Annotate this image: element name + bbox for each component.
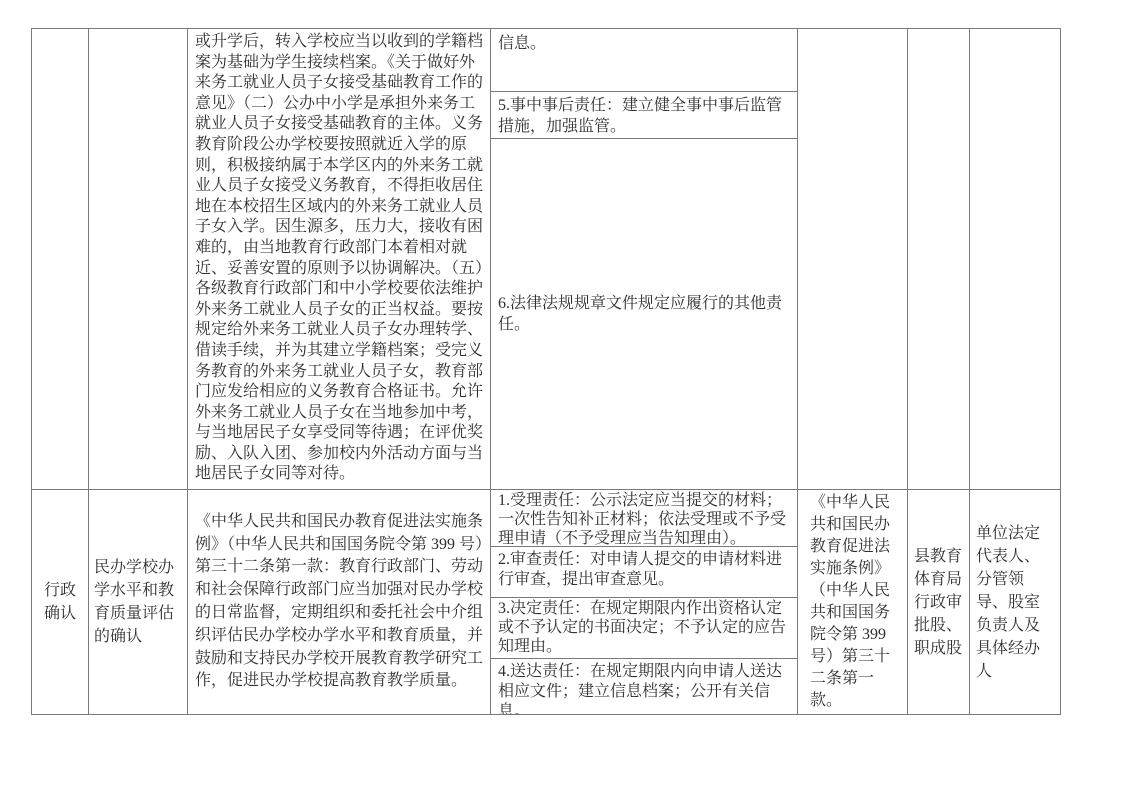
- cell-person-empty: [970, 29, 1060, 490]
- department-text: 县教育体育局行政审批股、职成股: [914, 545, 963, 660]
- cell-duty-3: 3.决定责任：在规定期限内作出资格认定或不予认定的书面决定；不予认定的应告知理由…: [491, 598, 798, 659]
- cell-duty-2: 2.审查责任：对申请人提交的申请材料进行审查，提出审查意见。: [491, 547, 798, 598]
- category-text: 行政确认: [43, 579, 77, 625]
- duty-text: 3.决定责任：在规定期限内作出资格认定或不予认定的书面决定；不予认定的应告知理由…: [498, 600, 790, 656]
- cell-item-empty: [89, 29, 188, 490]
- cell-category-empty: [32, 29, 89, 490]
- cell-duty-1: 1.受理责任：公示法定应当提交的材料；一次性告知补正材料；依法受理或不予受理申请…: [491, 490, 798, 547]
- duty-text: 2.审查责任：对申请人提交的申请材料进行审查，提出审查意见。: [498, 550, 790, 590]
- cell-duty-6: 6.法律法规规章文件规定应履行的其他责任。: [491, 139, 798, 490]
- cell-implementation-basis-continued: 或升学后，转入学校应当以收到的学籍档案为基础为学生接续档案。《关于做好外来务工就…: [188, 29, 491, 490]
- item-text: 民办学校办学水平和教育质量评估的确认: [94, 556, 182, 648]
- cell-item-name: 民办学校办学水平和教育质量评估的确认: [89, 490, 188, 714]
- cell-duty-5: 5.事中事后责任：建立健全事中事后监管措施，加强监管。: [491, 92, 798, 139]
- cell-duty-continued: 信息。: [491, 29, 798, 92]
- cell-department-empty: [908, 29, 970, 490]
- duty-text: 信息。: [498, 33, 790, 54]
- duty-text: 4.送达责任：在规定期限内向申请人送达相应文件；建立信息档案；公开有关信息。: [498, 662, 790, 714]
- cell-duty-4: 4.送达责任：在规定期限内向申请人送达相应文件；建立信息档案；公开有关信息。: [491, 659, 798, 714]
- basis-text: 或升学后，转入学校应当以收到的学籍档案为基础为学生接续档案。《关于做好外来务工就…: [195, 32, 483, 485]
- duty-text: 5.事中事后责任：建立健全事中事后监管措施，加强监管。: [498, 95, 790, 137]
- cell-implementation-basis: 《中华人民共和国民办教育促进法实施条例》（中华人民共和国国务院令第 399 号）…: [188, 490, 491, 714]
- legal-text: 《中华人民共和国民办教育促进法实施条例》（中华人民共和国国务院令第 399 号）…: [810, 492, 895, 712]
- person-text: 单位法定代表人、分管领导、股室负责人及具体经办人: [976, 522, 1054, 683]
- duty-text: 1.受理责任：公示法定应当提交的材料；一次性告知补正材料；依法受理或不予受理申请…: [498, 492, 790, 547]
- duty-text: 6.法律法规规章文件规定应履行的其他责任。: [498, 293, 790, 335]
- basis-text: 《中华人民共和国民办教育促进法实施条例》（中华人民共和国国务院令第 399 号）…: [195, 511, 483, 693]
- responsibility-table: 或升学后，转入学校应当以收到的学籍档案为基础为学生接续档案。《关于做好外来务工就…: [31, 28, 1061, 715]
- cell-category: 行政确认: [32, 490, 89, 714]
- cell-legal-basis: 《中华人民共和国民办教育促进法实施条例》（中华人民共和国国务院令第 399 号）…: [798, 490, 908, 714]
- cell-person: 单位法定代表人、分管领导、股室负责人及具体经办人: [970, 490, 1060, 714]
- cell-department: 县教育体育局行政审批股、职成股: [908, 490, 970, 714]
- cell-legal-basis-empty: [798, 29, 908, 490]
